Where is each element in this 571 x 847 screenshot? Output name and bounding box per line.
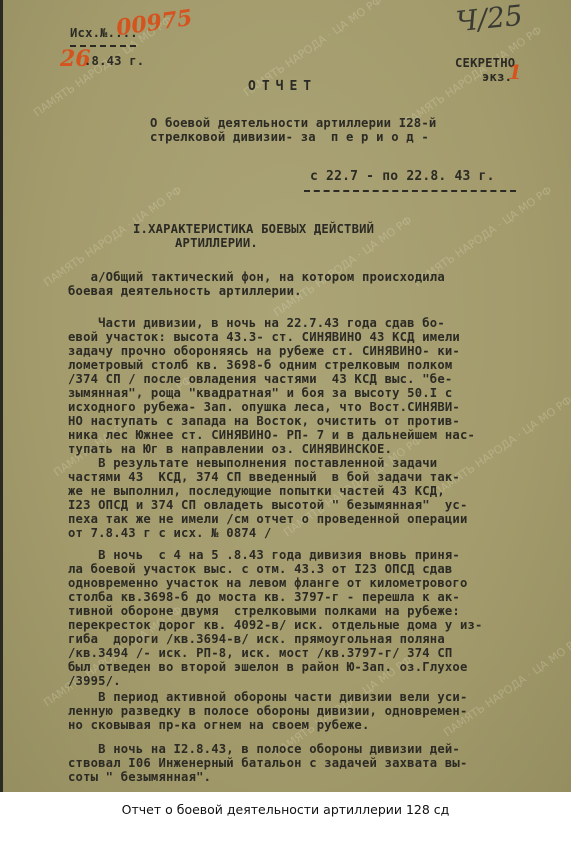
text-line: I23 ОПСД и 374 СП овладеть высотой " без… <box>68 498 498 512</box>
text-line: перекресток дорог кв. 4092-в/ иск. отдел… <box>68 618 498 632</box>
text-line: зымянная", роща "квадратная" и боя за вы… <box>68 386 498 400</box>
text-line: ленную разведку в полосе обороны дивизии… <box>68 704 498 718</box>
image-caption: Отчет о боевой деятельности артиллерии 1… <box>0 802 571 817</box>
text-line: /3995/. <box>68 674 498 688</box>
paragraph-active-defense: В ночь с 4 на 5 .8.43 года дивизия вновь… <box>68 548 498 688</box>
text-line: лометровый столб кв. 3698-б одним стрелк… <box>68 358 498 372</box>
text-line: ника лес Южнее ст. СИНЯВИНО- РП- 7 и в д… <box>68 428 498 442</box>
report-period: с 22.7 - по 22.8. 43 г. <box>310 170 495 184</box>
classification-stamp: СЕКРЕТНО <box>455 56 515 70</box>
text-line: боевая деятельность артиллерии. <box>68 284 498 298</box>
text-line: евой участок: высота 43.3- ст. СИНЯВИНО … <box>68 330 498 344</box>
text-line: НО наступать с запада на Восток, очистит… <box>68 414 498 428</box>
text-line: соты " безымянная". <box>68 770 498 784</box>
text-line: задачу прочно обороняясь на рубеже ст. С… <box>68 344 498 358</box>
text-line: от 7.8.43 г с исх. № 0874 / <box>68 526 498 540</box>
registration-mark: Ч/25 <box>454 0 524 38</box>
archival-document-scan: ПАМЯТЬ НАРОДА · ЦА МО РФ ПАМЯТЬ НАРОДА ·… <box>0 0 571 792</box>
text-line: был отведен во второй эшелон в район Ю-З… <box>68 660 498 674</box>
text-line: частями 43 КСД, 374 СП введенный в бой з… <box>68 470 498 484</box>
period-underline <box>304 190 516 192</box>
text-line: В ночь с 4 на 5 .8.43 года дивизия вновь… <box>68 548 498 562</box>
section-heading: I.ХАРАКТЕРИСТИКА БОЕВЫХ ДЕЙСТВИЙ <box>133 222 374 236</box>
document-date: .8.43 г. <box>84 54 144 68</box>
section-heading: АРТИЛЛЕРИИ. <box>175 236 258 250</box>
text-line: гиба дороги /кв.3694-в/ иск. прямоугольн… <box>68 632 498 646</box>
outgoing-number-handwritten: 00975 <box>115 5 194 41</box>
text-line: тупать на Юг в направлении оз. СИНЯВИНСК… <box>68 442 498 456</box>
text-line: пеха так же не имели /см отчет о проведе… <box>68 512 498 526</box>
text-line: /374 СП / после овладения частями 43 КСД… <box>68 372 498 386</box>
text-line: одновременно участок на левом фланге от … <box>68 576 498 590</box>
text-line: В результате невыполнения поставленной з… <box>68 456 498 470</box>
watermark: ПАМЯТЬ НАРОДА · ЦА МО РФ <box>401 24 544 130</box>
text-line: же не выполнил, последующие попытки част… <box>68 484 498 498</box>
paragraph-division-task: Части дивизии, в ночь на 22.7.43 года сд… <box>68 316 498 456</box>
text-line: исходного рубежа- Зап. опушка леса, что … <box>68 400 498 414</box>
subtitle-line: О боевой деятельности артиллерии I28-й <box>150 116 436 130</box>
paragraph-reconnaissance: В период активной обороны части дивизии … <box>68 690 498 732</box>
text-line: В период активной обороны части дивизии … <box>68 690 498 704</box>
subtitle-line: стрелковой дивизии- за п е р и о д - <box>150 130 429 144</box>
paragraph-results: В результате невыполнения поставленной з… <box>68 456 498 540</box>
paragraph-engineer-battalion: В ночь на I2.8.43, в полосе обороны диви… <box>68 742 498 784</box>
text-line: столба кв.3698-б до моста кв. 3797-г - п… <box>68 590 498 604</box>
text-line: ла боевой участок выс. с отм. 43.3 от I2… <box>68 562 498 576</box>
text-line: В ночь на I2.8.43, в полосе обороны диви… <box>68 742 498 756</box>
text-line: тивной обороне двумя стрелковыми полками… <box>68 604 498 618</box>
copy-number-handwritten: 1 <box>508 60 522 84</box>
text-line: ствовал I06 Инженерный батальон с задаче… <box>68 756 498 770</box>
document-title: ОТЧЕТ <box>248 80 317 94</box>
text-line: но сковывая пр-ка огнем на своем рубеже. <box>68 718 498 732</box>
text-line: а/Общий тактический фон, на котором прои… <box>68 270 498 284</box>
text-line: Части дивизии, в ночь на 22.7.43 года сд… <box>68 316 498 330</box>
text-line: /кв.3494 /- иск. РП-8, иск. мост /кв.379… <box>68 646 498 660</box>
paragraph-tactical-background: а/Общий тактический фон, на котором прои… <box>68 270 498 298</box>
